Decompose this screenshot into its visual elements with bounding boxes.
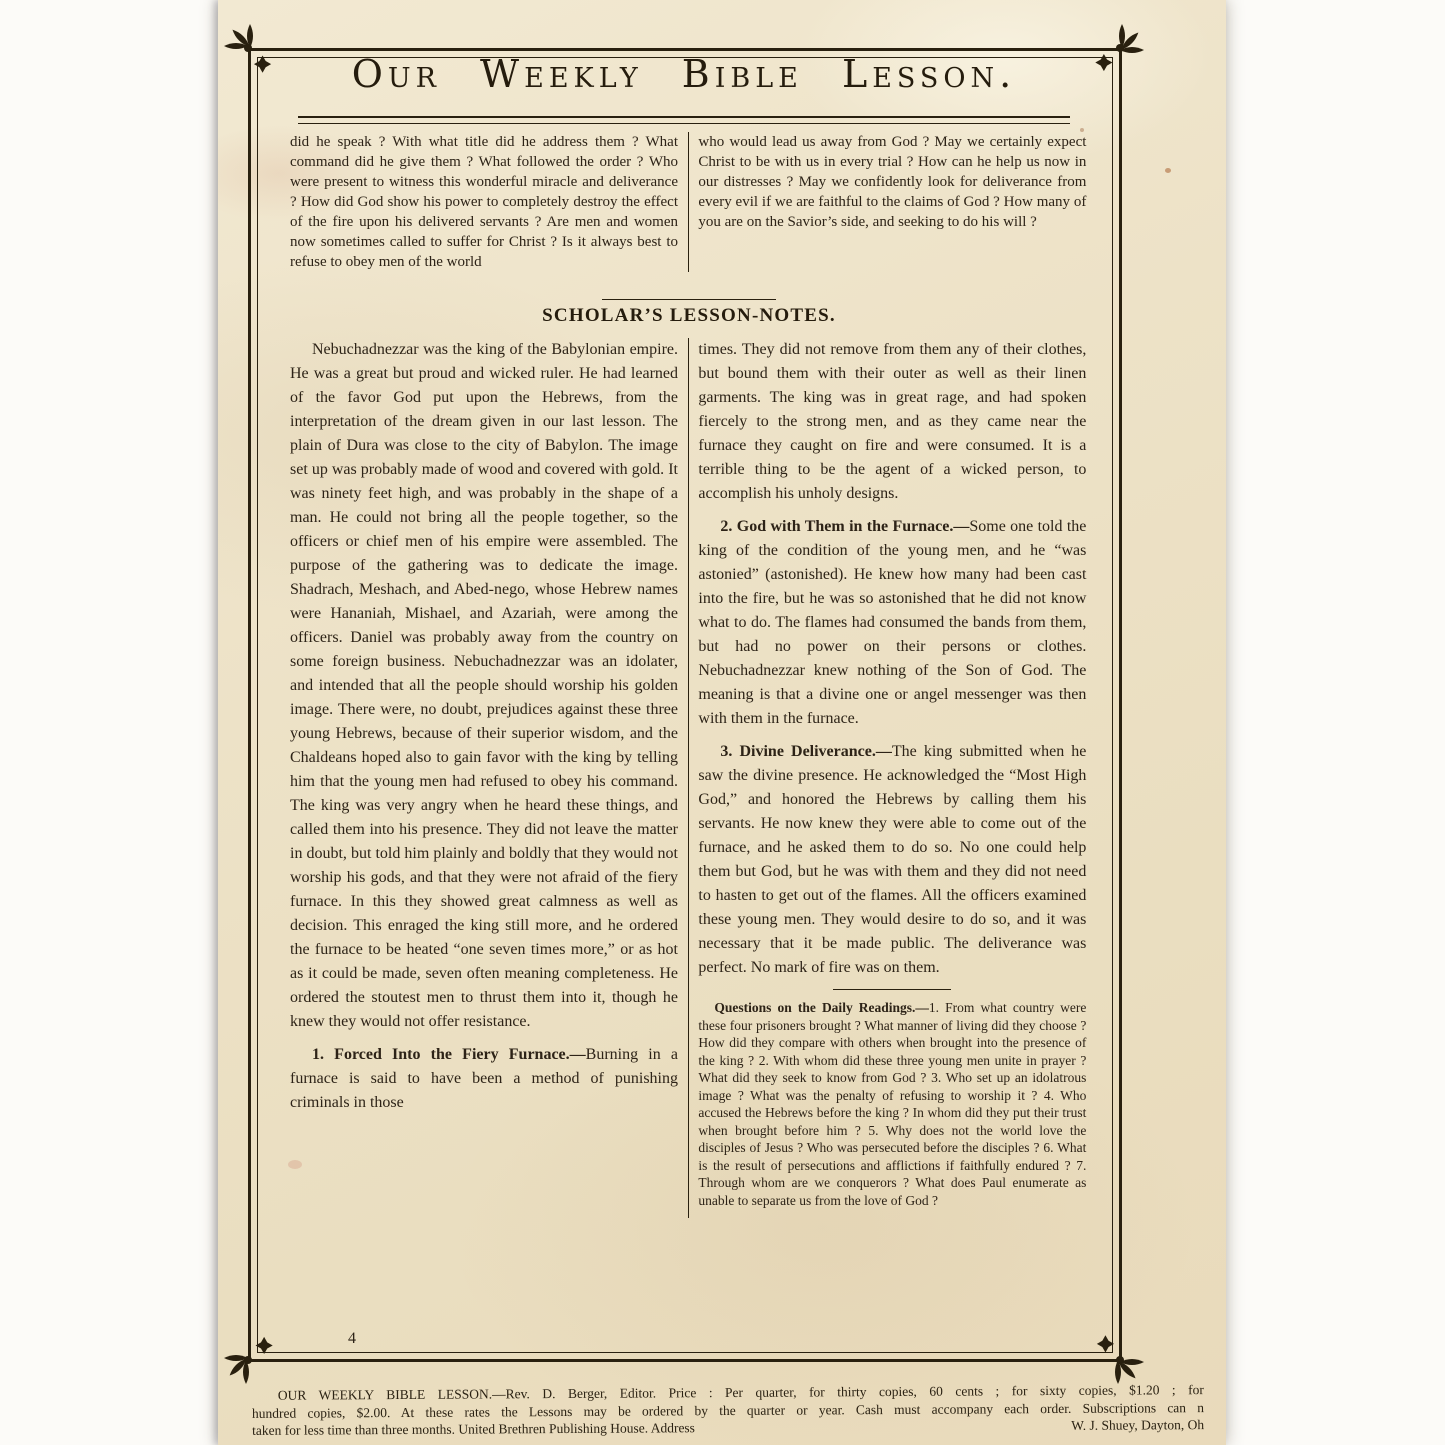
intro-right-column: who would lead us away from God ? May we… bbox=[698, 132, 1086, 272]
paper-page: Our Weekly Bible Lesson. did he speak ? … bbox=[218, 0, 1226, 1445]
column-divider bbox=[688, 132, 689, 272]
lesson-notes-heading: SCHOLAR’S LESSON-NOTES. bbox=[290, 305, 1088, 327]
daily-readings-text: 1. From what country were these four pri… bbox=[698, 1000, 1086, 1208]
continuation-paragraph: times. They did not remove from them any… bbox=[698, 338, 1086, 506]
paper-stain bbox=[1165, 168, 1171, 173]
page-number: 4 bbox=[348, 1330, 356, 1348]
section-rule bbox=[602, 299, 776, 300]
footer-line-3-text: taken for less time than three months. U… bbox=[252, 1419, 695, 1439]
column-divider bbox=[688, 338, 689, 1218]
lesson-notes-section: Nebuchadnezzar was the king of the Babyl… bbox=[290, 338, 1088, 1218]
questions-rule bbox=[833, 989, 951, 990]
masthead-double-rule bbox=[298, 116, 1070, 124]
daily-readings-heading: Questions on the Daily Readings.— bbox=[714, 1000, 929, 1015]
imprint-footer: OUR WEEKLY BIBLE LESSON.—Rev. D. Berger,… bbox=[252, 1381, 1204, 1439]
section-1-heading: 1. Forced Into the Fiery Furnace.— bbox=[312, 1046, 586, 1063]
publisher-name: W. J. Shuey, Dayton, Oh bbox=[1071, 1416, 1204, 1434]
section-3-paragraph: 3. Divine Deliverance.—The king submitte… bbox=[698, 740, 1086, 980]
notes-right-column: times. They did not remove from them any… bbox=[698, 338, 1086, 1218]
section-1-paragraph: 1. Forced Into the Fiery Furnace.—Burnin… bbox=[290, 1043, 678, 1115]
masthead-title: Our Weekly Bible Lesson. bbox=[254, 52, 1114, 96]
daily-readings-paragraph: Questions on the Daily Readings.—1. From… bbox=[698, 999, 1086, 1209]
notes-left-column: Nebuchadnezzar was the king of the Babyl… bbox=[290, 338, 678, 1218]
review-questions-section: did he speak ? With what title did he ad… bbox=[290, 132, 1088, 272]
intro-left-column: did he speak ? With what title did he ad… bbox=[290, 132, 678, 272]
scan-background: Our Weekly Bible Lesson. did he speak ? … bbox=[0, 0, 1445, 1445]
section-2-heading: 2. God with Them in the Furnace.— bbox=[720, 518, 969, 535]
section-2-text: Some one told the king of the condition … bbox=[698, 518, 1086, 727]
section-3-text: The king submitted when he saw the divin… bbox=[698, 743, 1086, 976]
lesson-intro-paragraph: Nebuchadnezzar was the king of the Babyl… bbox=[290, 338, 678, 1034]
section-2-paragraph: 2. God with Them in the Furnace.—Some on… bbox=[698, 515, 1086, 731]
section-3-heading: 3. Divine Deliverance.— bbox=[720, 743, 891, 760]
